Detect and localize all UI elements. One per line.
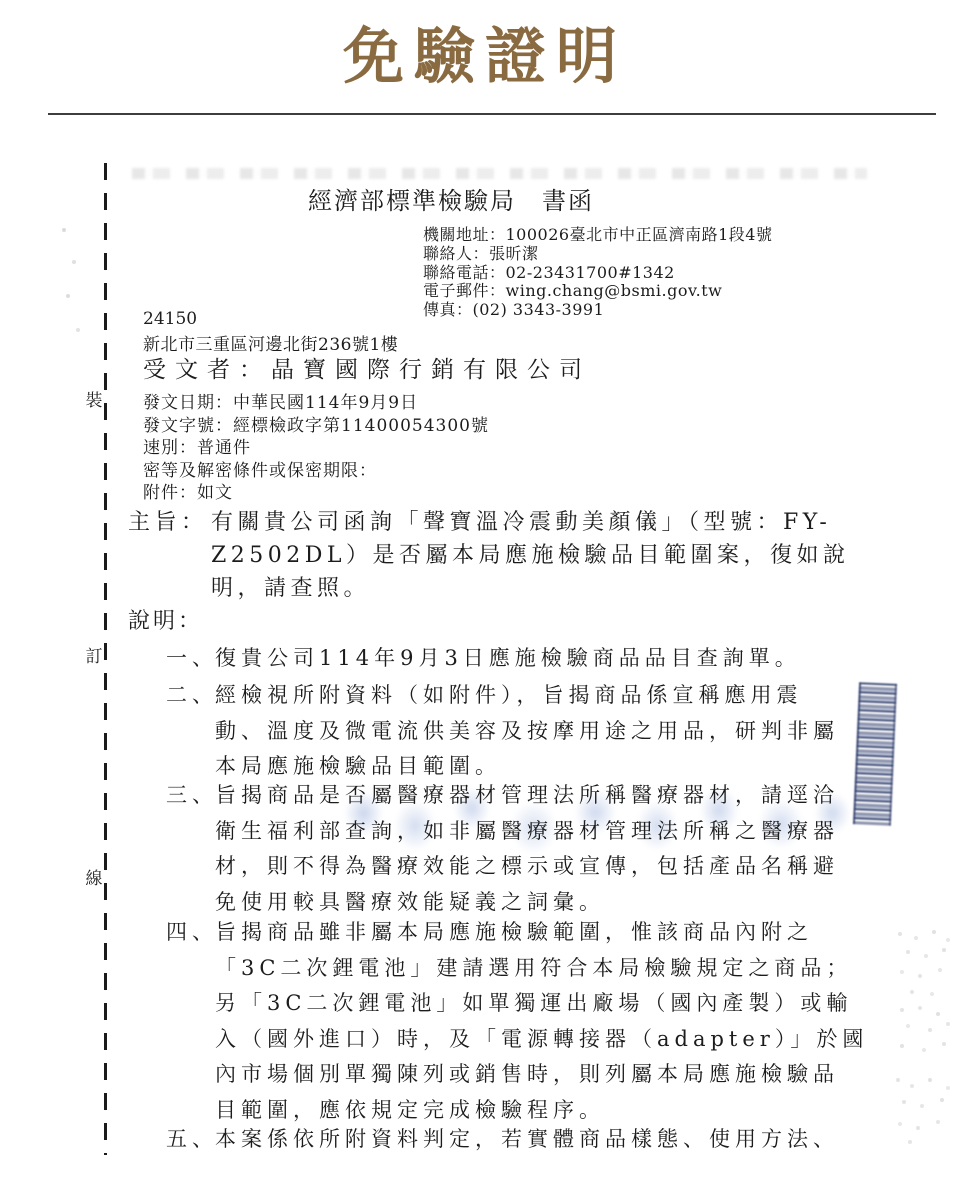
postal-code: 24150	[143, 309, 197, 329]
item-line: 內市場個別單獨陳列或銷售時，則列屬本局應施檢驗品	[215, 1057, 906, 1093]
item-text: 經檢視所附資料（如附件），旨揭商品係宣稱應用震 動、溫度及微電流供美容及按摩用途…	[215, 678, 906, 785]
item-line: 復貴公司114年9月3日應施檢驗商品品目查詢單。	[215, 641, 906, 677]
agency-email: 電子郵件：wing.chang@bsmi.gov.tw	[423, 282, 772, 301]
scan-specks	[62, 228, 66, 232]
item-line: 衛生福利部查詢，如非屬醫療器材管理法所稱之醫療器	[215, 814, 906, 850]
subject-text: 有關貴公司函詢「聲寶溫冷震動美顏儀」（型號：FY- Z2502DL）是否屬本局應…	[211, 506, 888, 605]
agency-contact-person: 聯絡人：張昕潔	[423, 245, 772, 264]
item-number: 四、	[166, 915, 218, 951]
item-line: 材，則不得為醫療效能之標示或宣傳，包括產品名稱避	[215, 849, 906, 885]
subject-line: 有關貴公司函詢「聲寶溫冷震動美顏儀」（型號：FY-	[211, 506, 888, 539]
item-line: 動、溫度及微電流供美容及按摩用途之用品，研判非屬	[215, 714, 906, 750]
recipient-line: 受文者：晶寶國際行銷有限公司	[143, 351, 591, 384]
binding-dashed-line	[104, 163, 107, 1155]
explanation-item-3: 三、 旨揭商品是否屬醫療器材管理法所稱醫療器材，請逕洽 衛生福利部查詢，如非屬醫…	[166, 778, 906, 920]
subject-line: Z2502DL）是否屬本局應施檢驗品目範圍案，復如說	[211, 539, 888, 572]
item-number: 二、	[166, 678, 218, 714]
item-line: 本案係依所附資料判定，若實體商品樣態、使用方法、	[215, 1122, 906, 1158]
item-text: 旨揭商品是否屬醫療器材管理法所稱醫療器材，請逕洽 衛生福利部查詢，如非屬醫療器材…	[215, 778, 906, 920]
item-text: 本案係依所附資料判定，若實體商品樣態、使用方法、	[215, 1122, 906, 1158]
item-number: 五、	[166, 1122, 218, 1158]
item-line: 旨揭商品雖非屬本局應施檢驗範圍，惟該商品內附之	[215, 915, 906, 951]
attachment: 附件：如文	[143, 482, 489, 505]
item-text: 復貴公司114年9月3日應施檢驗商品品目查詢單。	[215, 641, 906, 677]
letter-meta: 發文日期：中華民國114年9月9日 發文字號：經標檢政字第11400054300…	[143, 392, 489, 505]
item-number: 三、	[166, 778, 218, 814]
item-line: 入（國外進口）時，及「電源轉接器（adapter）」於國	[215, 1022, 906, 1058]
agency-address: 機關地址：100026臺北市中正區濟南路1段4號	[423, 226, 772, 245]
dot-cluster	[896, 1078, 900, 1082]
item-line: 旨揭商品是否屬醫療器材管理法所稱醫療器材，請逕洽	[215, 778, 906, 814]
item-number: 一、	[166, 641, 218, 677]
page-title: 免驗證明	[0, 18, 960, 96]
letter-heading: 經濟部標準檢驗局 書函	[308, 181, 594, 216]
explanation-label: 說明：	[128, 604, 203, 635]
header-divider	[48, 113, 936, 115]
agency-phone: 聯絡電話：02-23431700#1342	[423, 264, 772, 283]
classification: 密等及解密條件或保密期限：	[143, 460, 489, 483]
binding-mark-zhuang: 裝	[84, 390, 104, 412]
item-line: 「3C二次鋰電池」建請選用符合本局檢驗規定之商品；	[215, 951, 906, 987]
explanation-item-1: 一、 復貴公司114年9月3日應施檢驗商品品目查詢單。	[166, 641, 906, 677]
subject-block: 主旨： 有關貴公司函詢「聲寶溫冷震動美顏儀」（型號：FY- Z2502DL）是否…	[128, 506, 888, 605]
received-stamp	[853, 682, 897, 826]
issue-date: 發文日期：中華民國114年9月9日	[143, 392, 489, 415]
explanation-item-4: 四、 旨揭商品雖非屬本局應施檢驗範圍，惟該商品內附之 「3C二次鋰電池」建請選用…	[166, 915, 906, 1128]
binding-mark-ding: 訂	[84, 646, 104, 668]
explanation-item-2: 二、 經檢視所附資料（如附件），旨揭商品係宣稱應用震 動、溫度及微電流供美容及按…	[166, 678, 906, 785]
dot-cluster	[898, 932, 902, 936]
agency-fax: 傳真：(02) 3343-3991	[423, 301, 772, 320]
agency-info: 機關地址：100026臺北市中正區濟南路1段4號 聯絡人：張昕潔 聯絡電話：02…	[423, 226, 772, 320]
item-line: 另「3C二次鋰電池」如單獨運出廠場（國內產製）或輸	[215, 986, 906, 1022]
priority: 速別：普通件	[143, 437, 489, 460]
scan-bleed-noise	[132, 168, 867, 179]
item-line: 經檢視所附資料（如附件），旨揭商品係宣稱應用震	[215, 678, 906, 714]
explanation-item-5: 五、 本案係依所附資料判定，若實體商品樣態、使用方法、	[166, 1122, 906, 1158]
subject-label: 主旨：	[128, 506, 208, 539]
dot-cluster	[900, 1008, 904, 1012]
subject-line: 明，請查照。	[211, 572, 888, 605]
binding-mark-xian: 線	[84, 868, 104, 890]
reference-number: 發文字號：經標檢政字第11400054300號	[143, 415, 489, 438]
item-text: 旨揭商品雖非屬本局應施檢驗範圍，惟該商品內附之 「3C二次鋰電池」建請選用符合本…	[215, 915, 906, 1128]
